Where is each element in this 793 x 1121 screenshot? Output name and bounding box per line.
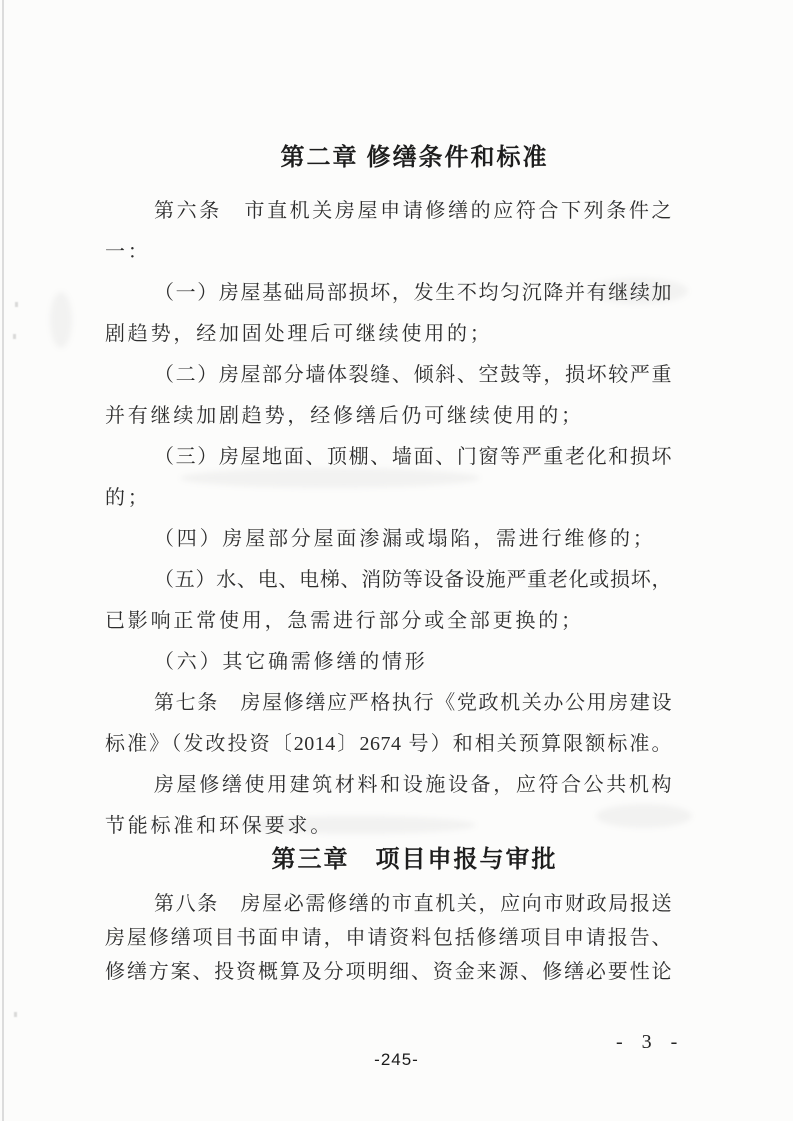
- body-line: 已影响正常使用，急需进行部分或全部更换的；: [105, 601, 672, 642]
- chapter-3-heading: 第三章 项目申报与审批: [131, 845, 698, 875]
- body-line: 的；: [105, 478, 672, 519]
- body-line: （六）其它确需修缮的情形: [105, 642, 672, 683]
- body-line: 第八条 房屋必需修缮的市直机关，应向市财政局报送: [105, 887, 672, 921]
- body-line: （四）房屋部分屋面渗漏或塌陷，需进行维修的；: [105, 519, 672, 560]
- body-line: 房屋修缮项目书面申请，申请资料包括修缮项目申请报告、: [105, 921, 672, 955]
- body-line: （三）房屋地面、顶棚、墙面、门窗等严重老化和损坏: [105, 437, 672, 478]
- body-line: 第六条 市直机关房屋申请修缮的应符合下列条件之: [105, 191, 672, 232]
- body-line: 节能标准和环保要求。: [105, 806, 672, 847]
- scanned-document-page: 第二章 修缮条件和标准 第六条 市直机关房屋申请修缮的应符合下列条件之 一： （…: [0, 0, 793, 1121]
- chapter-2-heading: 第二章 修缮条件和标准: [131, 143, 698, 173]
- body-line: 并有继续加剧趋势，经修缮后仍可继续使用的；: [105, 396, 672, 437]
- body-line: （五）水、电、电梯、消防等设备设施严重老化或损坏，: [105, 560, 672, 601]
- scan-speck: [14, 1012, 17, 1017]
- body-line: 一：: [105, 232, 672, 273]
- chapter-2-body: 第六条 市直机关房屋申请修缮的应符合下列条件之 一： （一）房屋基础局部损坏，发…: [105, 191, 672, 847]
- chapter-3-body: 第八条 房屋必需修缮的市直机关，应向市财政局报送 房屋修缮项目书面申请，申请资料…: [105, 887, 672, 989]
- body-line: （一）房屋基础局部损坏，发生不均匀沉降并有继续加: [105, 273, 672, 314]
- document-body: 第二章 修缮条件和标准 第六条 市直机关房屋申请修缮的应符合下列条件之 一： （…: [105, 143, 672, 989]
- body-line: 修缮方案、投资概算及分项明细、资金来源、修缮必要性论: [105, 955, 672, 989]
- scan-speck: [13, 334, 16, 339]
- body-line: 剧趋势，经加固处理后可继续使用的；: [105, 314, 672, 355]
- body-line: 第七条 房屋修缮应严格执行《党政机关办公用房建设: [105, 683, 672, 724]
- body-line: 房屋修缮使用建筑材料和设施设备，应符合公共机构: [105, 765, 672, 806]
- archive-page-number: -245-: [0, 1050, 793, 1070]
- body-line: 标准》（发改投资〔2014〕2674 号）和相关预算限额标准。: [105, 724, 672, 765]
- body-line: （二）房屋部分墙体裂缝、倾斜、空鼓等，损坏较严重: [105, 355, 672, 396]
- scan-edge-line: [2, 0, 4, 1121]
- bleedthrough-artifact: [50, 292, 72, 348]
- scan-speck: [15, 302, 18, 307]
